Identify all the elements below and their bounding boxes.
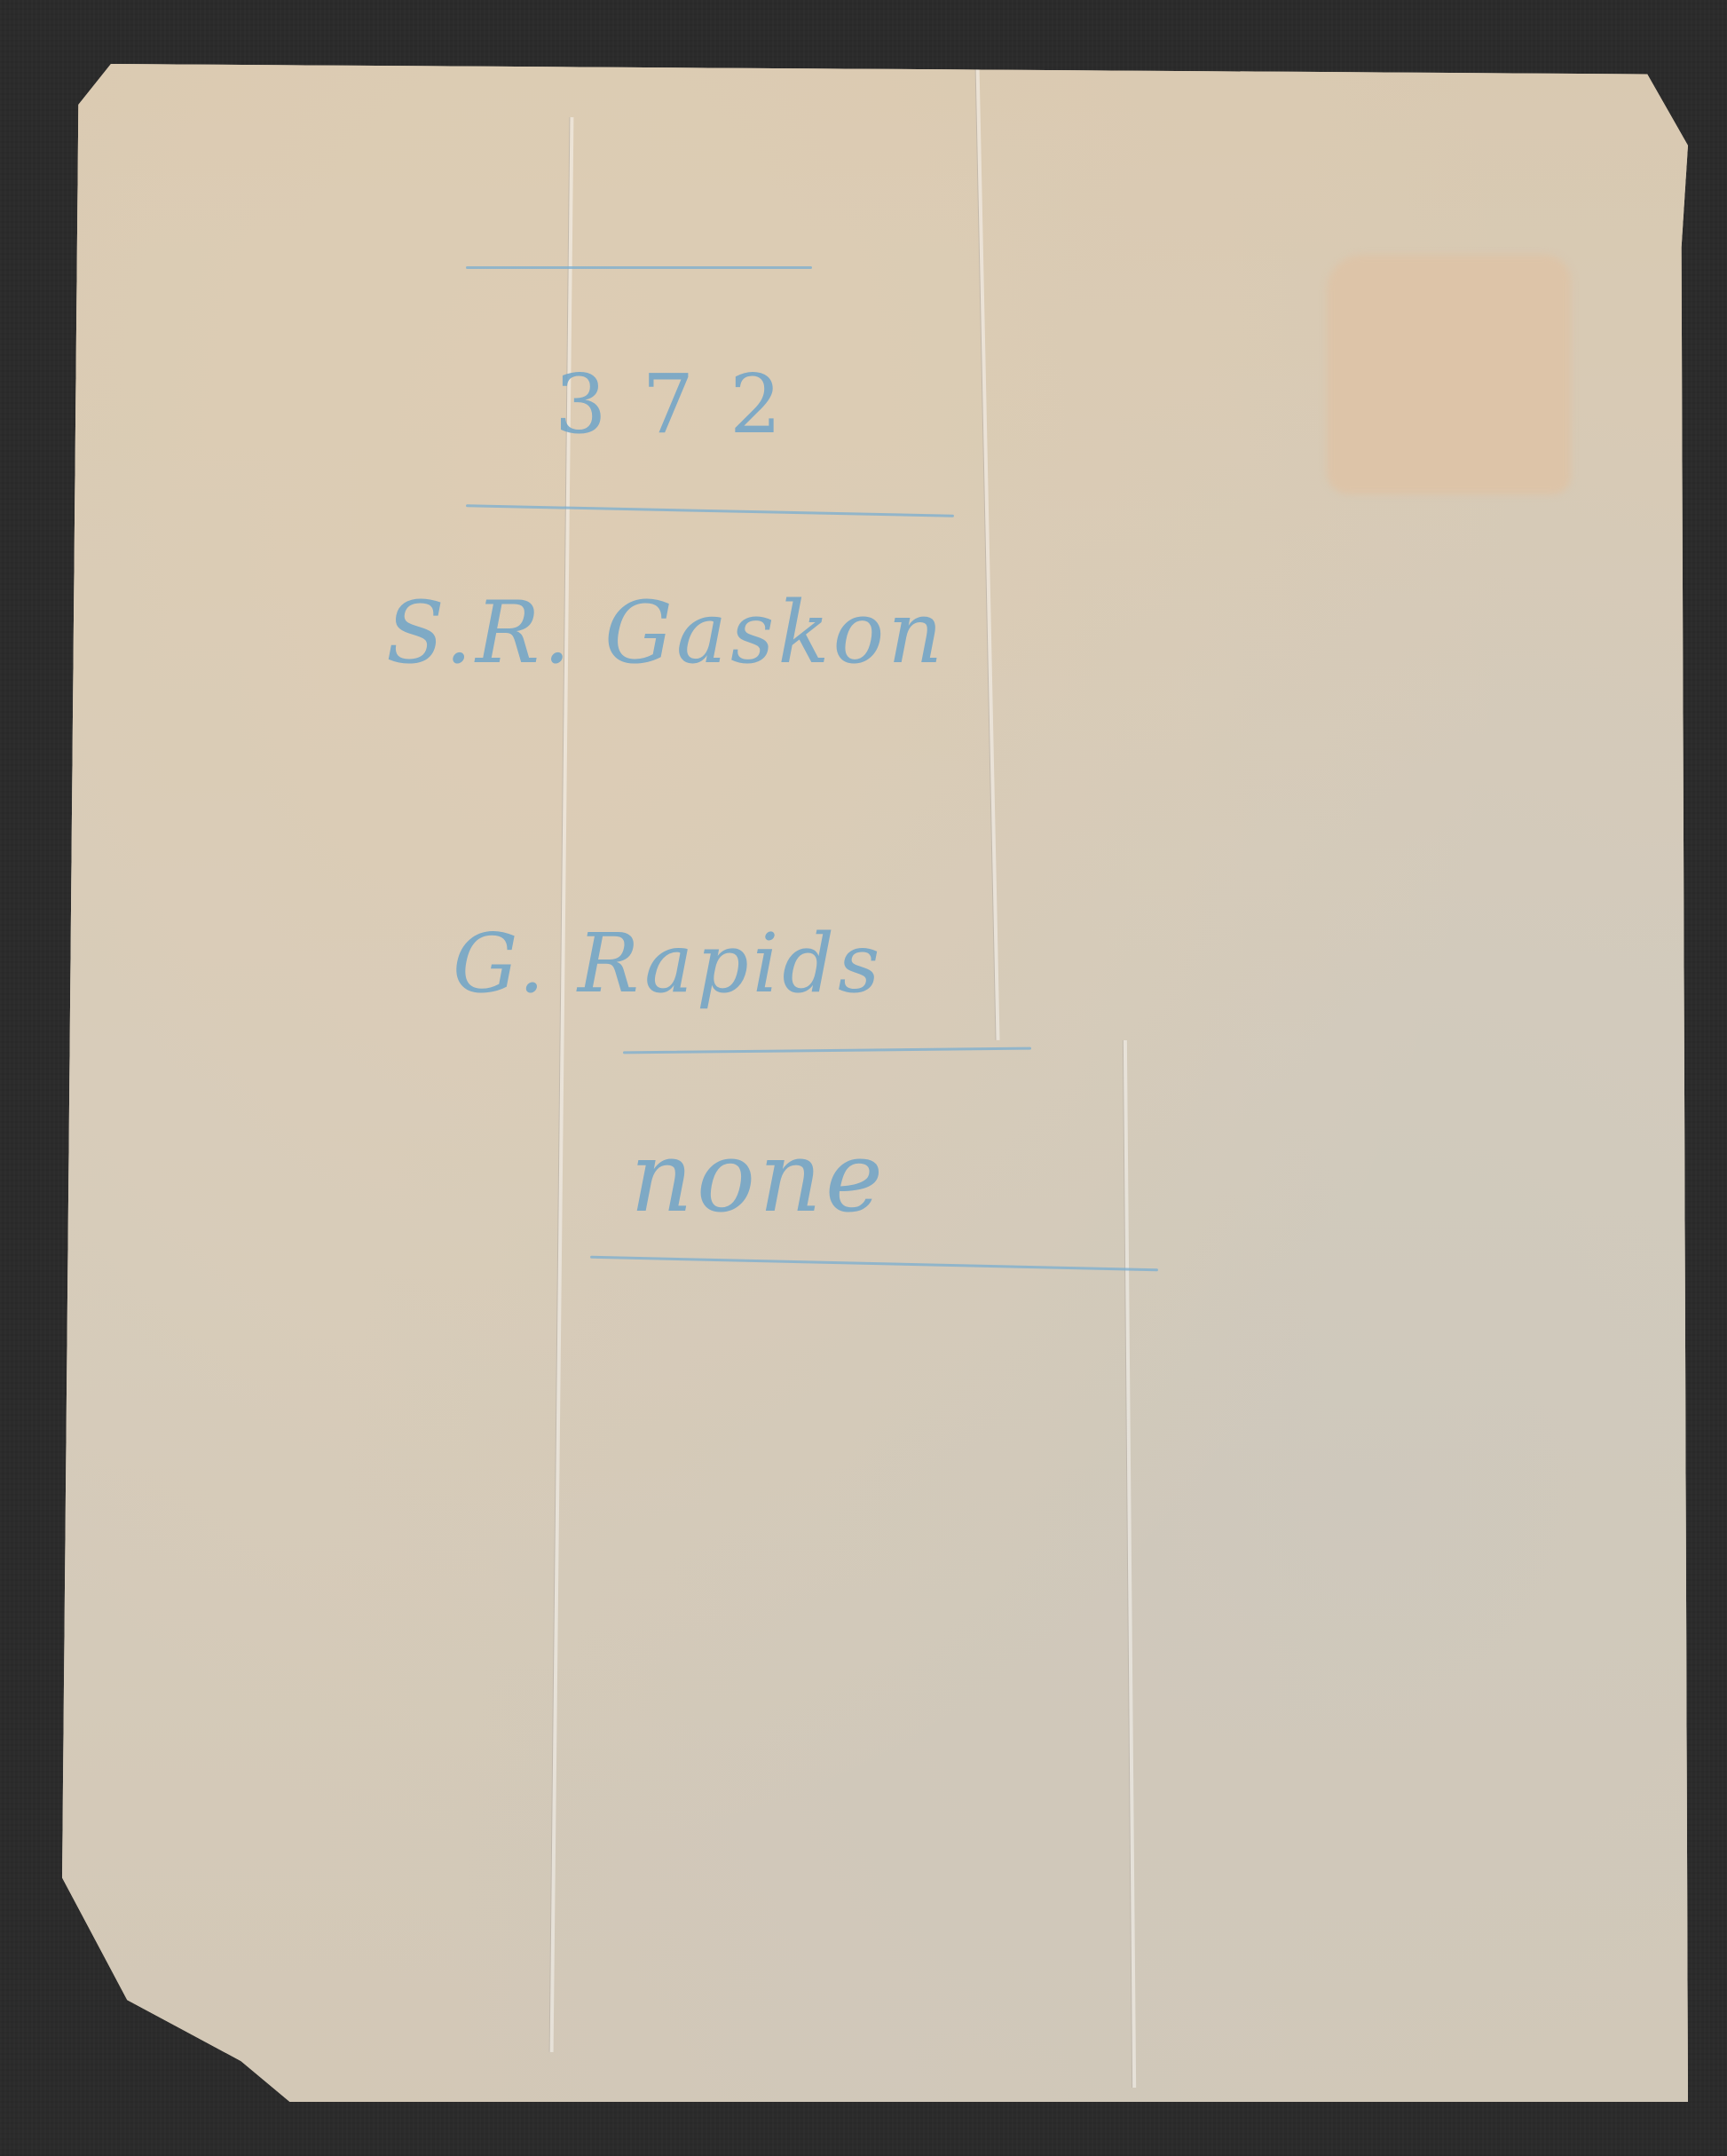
handwritten-name: S.R. Gaskon (386, 583, 946, 683)
handwritten-number: 372 (555, 357, 817, 452)
pencil-rule (466, 266, 812, 269)
handwritten-location: G. Rapids (453, 916, 883, 1011)
handwritten-value: none (630, 1120, 887, 1234)
aged-card: 372 S.R. Gaskon G. Rapids none (62, 64, 1688, 2102)
redacted-patch (1327, 255, 1571, 494)
crease-line (1123, 1040, 1136, 2088)
crease-line (974, 64, 999, 1040)
pencil-rule (623, 1047, 1031, 1054)
pencil-rule (590, 1256, 1158, 1272)
pencil-rule (466, 504, 954, 517)
